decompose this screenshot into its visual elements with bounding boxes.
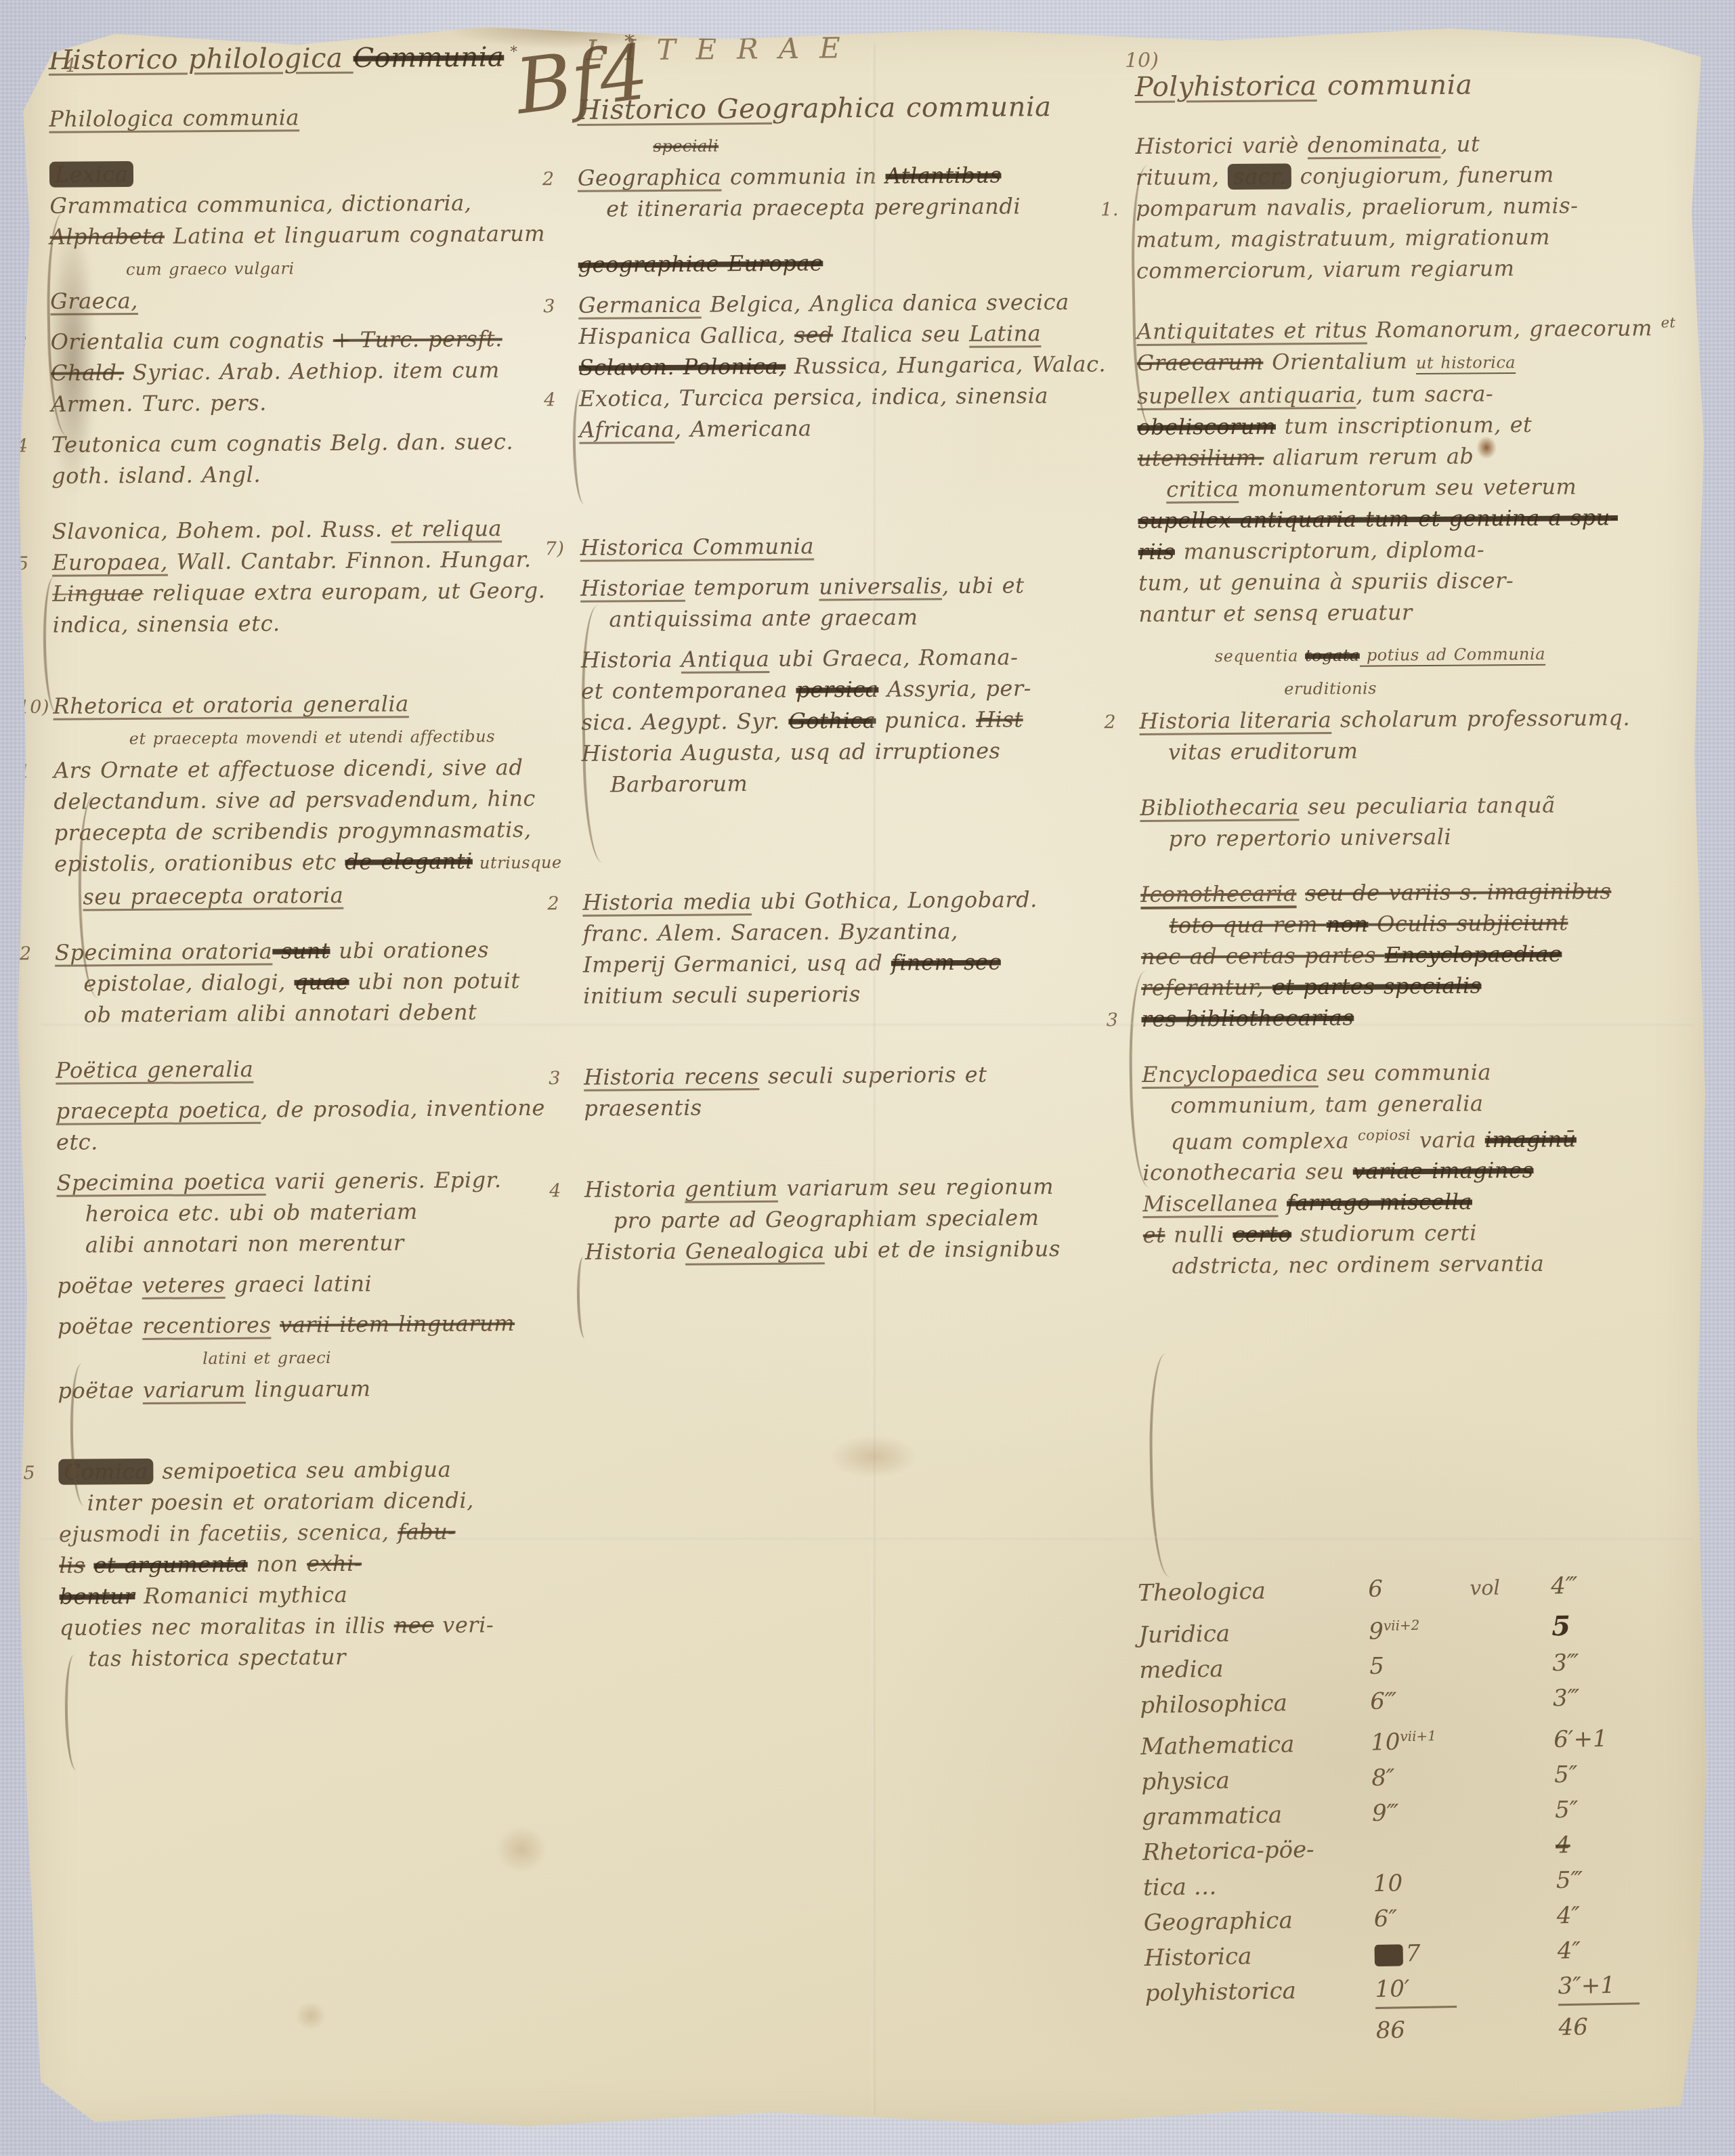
text-segment: Italica seu [833, 321, 969, 347]
manuscript-line: bentur Romanici mythica [59, 1577, 609, 1612]
text-segment: communia in [721, 163, 886, 190]
manuscript-line: cum graeco vulgari [50, 249, 600, 286]
manuscript-line: 2Historia literaria scholarum professoru… [1139, 702, 1708, 737]
margin-brace [1148, 1354, 1175, 1578]
count-column-2: 4‴ [1551, 1567, 1660, 1604]
text-segment: franc. Alem. Saracen. Byzantina, [582, 918, 958, 947]
manuscript-line: toto qua rem non Oculis subjiciunt [1140, 906, 1709, 941]
margin-number: 1 [18, 756, 30, 788]
text-segment: variarum seu regionum [778, 1173, 1054, 1201]
text-segment: tas historica spectatur [88, 1644, 346, 1672]
margin-number: 7) [545, 534, 565, 565]
text-segment: Poëtica generalia [56, 1056, 253, 1083]
text-segment: Romanorum, graecorum [1367, 315, 1661, 343]
text-segment: Rhetorica et oratoria generalia [53, 691, 409, 720]
text-segment: sacr. [1228, 163, 1291, 190]
text-segment: Germanica [578, 292, 702, 318]
manuscript-line: obeliscorum tum inscriptionum, et [1137, 408, 1706, 443]
manuscript-line: Barbarorum [582, 765, 1136, 800]
row-label: Juridica [1138, 1614, 1369, 1653]
manuscript-line: 4Teutonica cum cognatis Belg. dan. suec. [51, 426, 601, 461]
manuscript-line: et praecepta movendi et utendi affectibu… [53, 718, 603, 755]
text-segment: Romanici mythica [135, 1582, 347, 1609]
row-label: Theologica [1138, 1572, 1369, 1611]
text-segment: supellex antiquaria [1137, 381, 1356, 408]
manuscript-line: 4Historia gentium variarum seu regionum [584, 1170, 1138, 1205]
manuscript-line: Philologica communia [49, 100, 599, 135]
text-segment: seu de variis s. imaginibus [1305, 878, 1612, 906]
manuscript-line: Historia Genealogica ubi et de insignibu… [585, 1232, 1139, 1268]
text-segment: Genealogica [685, 1237, 825, 1264]
text-segment: Ars Ornate et affectuose dicendi, sive a… [53, 754, 523, 783]
text-segment: finem sec [891, 949, 1001, 976]
margin-number: 3 [549, 1063, 561, 1094]
text-segment: quae [294, 969, 349, 995]
text-segment: monumentorum seu veterum [1239, 473, 1577, 501]
unit-label [1477, 1993, 1558, 1995]
text-segment: Wall. Cantabr. Finnon. Hungar. [168, 546, 532, 575]
text-segment: Orientalium [1263, 348, 1416, 375]
manuscript-line: praecepta poetica, de prosodia, inventio… [56, 1092, 605, 1127]
manuscript-line: Bibliothecaria seu peculiaria tanquã [1140, 788, 1709, 823]
manuscript-line: Miscellanea farrago miscella [1142, 1184, 1711, 1220]
row-label: physica [1141, 1761, 1372, 1800]
manuscript-line: eruditionis [1139, 668, 1708, 706]
manuscript-line: utensilium. aliarum rerum ab [1138, 439, 1707, 474]
text-segment [85, 1553, 94, 1578]
text-segment: Encyclopaediae [1385, 941, 1562, 968]
manuscript-page: 4 LITERAE Bf4 * 10) Historico philologic… [14, 9, 1720, 2144]
count-column-1: 6 [1368, 1570, 1470, 1607]
text-segment: aliarum rerum ab [1264, 443, 1474, 470]
count-column-1: 7 [1374, 1935, 1476, 1972]
superscript-annotation: vii+1 [1400, 1728, 1436, 1745]
text-segment: variae imagines [1353, 1157, 1534, 1184]
count-column-2: 3‴ [1553, 1679, 1662, 1717]
text-segment: Grammatica communica, dictionaria, [49, 190, 471, 219]
manuscript-line: tas historica spectatur [60, 1639, 609, 1675]
text-segment: seu communia [1319, 1059, 1491, 1086]
text-segment [271, 1312, 280, 1338]
manuscript-line: ob materiam alibi annotari debent [55, 995, 605, 1031]
manuscript-line: Polyhistorica communia [1135, 64, 1704, 106]
text-segment: pro repertorio universali [1169, 823, 1452, 851]
text-segment: Geographica [578, 164, 722, 190]
manuscript-line: etc. [56, 1123, 606, 1158]
text-segment: obeliscorum [1137, 413, 1276, 439]
text-segment: Antiqua [681, 646, 770, 672]
margin-number: 3 [1106, 1005, 1118, 1036]
manuscript-line: pro repertorio universali [1140, 819, 1709, 855]
text-segment: Exotica, Turcica persica, indica, sinens… [579, 383, 1048, 412]
text-segment: , ut [1440, 131, 1480, 156]
manuscript-line: epistolis, orationibus etc de eleganti u… [54, 844, 604, 882]
manuscript-line: pro parte ad Geographiam specialem [584, 1201, 1138, 1236]
text-segment: certo [1233, 1222, 1291, 1248]
text-segment: Latina et linguarum cognatarum [165, 221, 545, 249]
manuscript-line: Specimina poetica varii generis. Epigr. [56, 1163, 606, 1199]
text-segment: initium seculi superioris [583, 981, 861, 1009]
margin-number: 2 [547, 888, 559, 920]
text-segment: matum, magistratuum, migrationum [1136, 224, 1550, 253]
superscript-annotation: vii+2 [1384, 1617, 1420, 1634]
manuscript-line: referantur, et partes specialis [1141, 968, 1710, 1004]
text-segment: Lexica [49, 161, 134, 188]
text-segment: indica, sinensia etc. [53, 611, 280, 638]
manuscript-line: epistolae, dialogi, quae ubi non potuit [55, 964, 605, 999]
manuscript-line: 2Geographica communia in Atlantibus [578, 158, 1132, 194]
text-segment: pro parte ad Geographiam specialem [613, 1205, 1039, 1233]
manuscript-line: Iconothecaria seu de variis s. imaginibu… [1140, 875, 1709, 910]
count-column-1: 5 [1369, 1647, 1472, 1685]
text-segment: Syriac. Arab. Aethiop. item cum [124, 358, 500, 386]
text-segment: eruditionis [1284, 678, 1377, 698]
manuscript-line: seu praecepta oratoria [54, 878, 604, 913]
text-segment: Belgica, Anglica danica svecica [702, 289, 1069, 318]
text-segment: farrago miscella [1287, 1189, 1472, 1216]
text-segment: Latina [969, 320, 1041, 347]
text-segment: critica [1166, 476, 1239, 502]
manuscript-line: Graecarum Orientalium ut historica [1137, 343, 1706, 381]
manuscript-line: latini et graeci [58, 1338, 607, 1375]
text-segment: ubi non potuit [349, 968, 519, 995]
text-segment: ubi orationes [330, 937, 489, 964]
manuscript-line: et nulli certo studiorum certi [1143, 1215, 1712, 1251]
text-segment: seu praecepta oratoria [83, 882, 343, 910]
manuscript-line: nantur et sensq eruatur [1138, 595, 1707, 630]
manuscript-line: quoties nec moralitas in illis nec veri- [60, 1608, 609, 1643]
paper-stain [447, 11, 677, 49]
margin-number: 5 [23, 1458, 35, 1489]
row-label: grammatica [1142, 1796, 1373, 1835]
unit-label [1473, 1782, 1554, 1784]
text-segment: Historia literaria [1139, 707, 1331, 734]
text-segment: et praecepta movendi et utendi affectibu… [129, 727, 495, 749]
text-segment: recentiores [142, 1312, 271, 1339]
manuscript-line: Alphabeta Latina et linguarum cognatarum [49, 218, 599, 253]
manuscript-line: 3Orientalia cum cognatis + Turc. persft. [51, 323, 601, 358]
text-segment: nantur et sensq eruatur [1138, 599, 1413, 627]
manuscript-line: 7)Historica Communia [580, 528, 1134, 563]
text-segment: Barbarorum [610, 771, 748, 797]
text-segment: quoties nec moralitas in illis [60, 1613, 394, 1641]
row-label: Rhetorica-pöe- [1142, 1831, 1373, 1870]
text-segment: Historia [585, 1238, 685, 1265]
text-segment: utensilium. [1138, 444, 1264, 471]
text-segment: communium, tam generalia [1170, 1090, 1483, 1118]
text-segment: graphica communia [772, 91, 1052, 125]
count-column-2: 6′+1 [1554, 1720, 1663, 1757]
count-column-2: 5 [1551, 1608, 1661, 1645]
count-column-2: 5‴ [1556, 1861, 1665, 1898]
text-segment: studiorum certi [1291, 1220, 1477, 1247]
ink-smear [49, 219, 96, 497]
text-segment: Europaea, [52, 549, 168, 576]
text-segment: supellex antiquaria tum et genuina a spu… [1138, 504, 1618, 534]
manuscript-line: delectandum. sive ad persvadendum, hinc [53, 782, 603, 817]
count-column-1: 9vii+2 [1369, 1606, 1471, 1649]
manuscript-line: Imperij Germanici, usq ad finem sec [583, 945, 1137, 980]
text-segment: Historico philologica [49, 43, 354, 76]
text-segment: Hist [976, 706, 1023, 732]
margin-brace [576, 1257, 601, 1339]
count-column-1: 9‴ [1372, 1794, 1474, 1831]
text-segment: quam complexa [1171, 1127, 1358, 1155]
text-segment: commerciorum, viarum regiarum [1136, 255, 1515, 284]
text-segment: varii generis. Epigr. [265, 1167, 501, 1194]
manuscript-line: Antiquitates et ritus Romanorum, graecor… [1136, 307, 1705, 347]
margin-number: 3 [16, 328, 28, 359]
margin-number: 10) [18, 692, 49, 723]
count-column-1 [1373, 1854, 1474, 1856]
unit-label [1472, 1747, 1554, 1748]
manuscript-line: 1.pomparum navalis, praeliorum, numis- [1136, 189, 1705, 224]
manuscript-line: 2Historia media ubi Gothica, Longobard. [582, 883, 1136, 918]
text-segment: linguarum [246, 1376, 371, 1402]
text-segment: veteres [142, 1272, 226, 1298]
text-segment: epistolae, dialogi, [83, 970, 294, 997]
text-segment: Slavonica, Bohem. pol. Russ. [52, 517, 391, 544]
text-segment: conjugiorum, funerum [1291, 162, 1554, 190]
margin-number: 1. [1100, 194, 1119, 225]
text-segment: tum inscriptionum, et [1276, 412, 1533, 439]
text-segment: cum graeco vulgari [126, 259, 295, 280]
text-segment: copiosi [1358, 1127, 1411, 1144]
count-column-1: 6‴ [1370, 1683, 1472, 1720]
text-segment: inter poesin et oratoriam dicendi, [87, 1488, 474, 1516]
text-segment: Miscellanea [1142, 1190, 1278, 1217]
text-segment: et itineraria praecepta peregrinandi [606, 193, 1021, 221]
count-column-2: 4 [1556, 1826, 1665, 1863]
text-segment: seu peculiaria tanquã [1299, 792, 1556, 819]
text-segment: poëtae [58, 1313, 142, 1339]
manuscript-line: Historici variè denominata, ut [1135, 127, 1704, 162]
text-segment: nec ad certas partes [1141, 942, 1385, 970]
count-column-1: 10vii+1 [1371, 1718, 1473, 1761]
total-count-1: 86 [1375, 2005, 1478, 2048]
text-segment: veri- [433, 1612, 494, 1639]
fold-crease [41, 1022, 1693, 1025]
manuscript-line: Slavonica, Bohem. pol. Russ. et reliqua [52, 513, 602, 548]
count-column-2: 5″ [1555, 1790, 1664, 1828]
text-segment: , de prosodia, inventione [261, 1095, 545, 1123]
text-segment: manuscriptorum, diploma- [1175, 536, 1485, 564]
count-column-2: 4″ [1557, 1931, 1666, 1968]
text-segment: heroica etc. ubi ob materiam [85, 1199, 418, 1226]
manuscript-line: Africana, Americana [579, 410, 1133, 446]
text-segment: Communia [353, 41, 504, 74]
margin-number: 2 [20, 939, 32, 970]
text-segment: persica [796, 676, 878, 703]
manuscript-line: poëtae variarum linguarum [58, 1371, 607, 1406]
text-segment: Polyhistorica [1135, 70, 1317, 103]
text-segment: ejusmodi in facetiis, scenica, [59, 1519, 398, 1547]
manuscript-line: 5Europaea, Wall. Cantabr. Finnon. Hungar… [52, 544, 602, 579]
text-segment: res bibliothecarias [1141, 1004, 1354, 1031]
manuscript-line: Chald. Syriac. Arab. Aethiop. item cum [51, 354, 601, 389]
unit-label [1476, 1923, 1557, 1924]
text-segment: ubi et de insignibus [825, 1236, 1061, 1263]
text-segment: et partes specialis [1272, 972, 1482, 999]
manuscript-line: 2Specimina oratoria sunt ubi orationes [55, 933, 605, 968]
manuscript-line: riis manuscriptorum, diploma- [1138, 532, 1707, 567]
manuscript-line: Encyclopaedica seu communia [1142, 1055, 1711, 1090]
text-segment [1296, 880, 1305, 906]
text-segment: sequentia [1215, 646, 1305, 666]
manuscript-line: sica. Aegypt. Syr. Gothica punica. Hist [581, 703, 1135, 738]
text-segment: et contemporanea [581, 677, 796, 704]
paper-stain [830, 1435, 918, 1478]
text-segment: lis [59, 1553, 85, 1578]
margin-brace [64, 1655, 89, 1771]
manuscript-line: indica, sinensia etc. [52, 606, 602, 641]
row-label: tica … [1143, 1866, 1374, 1905]
manuscript-line: praesentis [584, 1089, 1138, 1124]
text-segment: speciali [653, 136, 719, 156]
text-segment: varia [1411, 1127, 1485, 1153]
text-segment: Assyria, per- [878, 675, 1031, 702]
unit-label [1476, 1958, 1558, 1960]
manuscript-line: speciali [577, 125, 1131, 163]
manuscript-line: supellex antiquaria, tum sacra- [1137, 376, 1706, 412]
text-segment: riis [1138, 538, 1175, 564]
text-segment: Historico Geo [577, 93, 772, 126]
margin-number: 4 [544, 385, 556, 416]
text-segment: Encyclopaedica [1142, 1060, 1319, 1087]
manuscript-line: 3res bibliothecarias [1141, 999, 1710, 1035]
text-segment: Bibliothecaria [1140, 794, 1299, 821]
ink-blot [1374, 1944, 1403, 1966]
manuscript-line: iconothecaria seu variae imagines [1142, 1153, 1711, 1188]
text-segment: latini et graeci [202, 1348, 331, 1368]
column-polyhistorica: Polyhistorica communiaHistorici variè de… [1135, 64, 1712, 1282]
text-segment: etc. [56, 1129, 98, 1155]
unit-label [1474, 1817, 1555, 1819]
manuscript-line: Sclavon. Polonica, Russica, Hungarica, W… [579, 348, 1133, 383]
text-segment: sunt [272, 938, 330, 964]
text-segment: exhi- [307, 1551, 362, 1577]
text-segment: non [248, 1551, 307, 1578]
manuscript-line: Hispanica Gallica, sed Italica seu Latin… [578, 317, 1132, 352]
text-segment: fabu- [398, 1519, 456, 1545]
text-segment: Historia recens [584, 1063, 759, 1090]
text-segment: imaginū [1485, 1126, 1577, 1152]
unit-label: vol [1470, 1570, 1551, 1606]
manuscript-line: geographiae Europae [578, 245, 1132, 280]
text-segment: togata [1305, 645, 1360, 665]
text-segment [1278, 1190, 1287, 1216]
text-segment: + Turc. persft. [333, 326, 502, 353]
text-segment: scholarum professorumq. [1331, 705, 1630, 733]
row-label: Mathematica [1140, 1725, 1371, 1765]
row-label: Geographica [1143, 1901, 1374, 1941]
manuscript-line: Historico Geographica communia [577, 87, 1131, 129]
text-segment: variarum [143, 1377, 246, 1403]
text-segment: , tum sacra- [1356, 381, 1493, 407]
text-segment: Philologica communia [49, 105, 299, 133]
photo-background-cloth: 4 LITERAE Bf4 * 10) Historico philologic… [0, 0, 1735, 2156]
manuscript-line: Historia Augusta, usq ad irruptiones [582, 734, 1136, 769]
count-column-2: 3‴ [1552, 1644, 1661, 1681]
margin-number: 5 [17, 548, 29, 580]
text-segment: praecepta poetica [56, 1097, 261, 1124]
text-segment: tum, ut genuina à spuriis discer- [1138, 567, 1514, 596]
text-segment: toto qua rem [1169, 911, 1326, 939]
text-segment: universalis [819, 573, 942, 599]
text-segment: reliquae extra europam, ut Georg. [144, 578, 546, 606]
text-segment: Iconothecaria [1140, 880, 1296, 907]
text-segment: nulli [1165, 1222, 1233, 1248]
margin-number: 4 [549, 1176, 561, 1207]
text-segment: referantur, [1141, 974, 1272, 1000]
manuscript-line: Linguae reliquae extra europam, ut Georg… [52, 575, 602, 610]
manuscript-line: quam complexa copiosi varia imaginū [1142, 1117, 1711, 1158]
text-segment: praecepta de scribendis progymnasmatis, [54, 817, 532, 846]
text-segment: Russica, Hungarica, Walac. [786, 351, 1106, 379]
manuscript-line: 10)Rhetorica et oratoria generalia [53, 687, 603, 722]
text-segment: Imperij Germanici, usq ad [583, 950, 891, 978]
text-segment: non [1326, 911, 1368, 936]
text-segment: varii item linguarum [280, 1310, 515, 1337]
row-label: Historica [1144, 1937, 1375, 1976]
text-segment: ut historica [1416, 353, 1516, 372]
row-label: medica [1139, 1649, 1370, 1688]
manuscript-line: initium seculi superioris [583, 976, 1137, 1012]
manuscript-line: nec ad certas partes Encyclopaediae [1141, 937, 1710, 972]
text-segment: et argumenta [93, 1551, 248, 1578]
text-segment: iconothecaria seu [1142, 1159, 1353, 1186]
row-label [1146, 2038, 1376, 2042]
text-segment: utriusque [473, 853, 562, 873]
manuscript-line: Poëtica generalia [56, 1051, 605, 1086]
count-column-1: 8″ [1371, 1759, 1474, 1796]
text-segment: Oculis subjiciunt [1368, 909, 1568, 936]
count-column-2: 3″+1 [1558, 1966, 1667, 2004]
manuscript-line: Historia Antiqua ubi Graeca, Romana- [581, 641, 1135, 676]
unit-label [1471, 1671, 1552, 1673]
text-segment: vitas eruditorum [1168, 737, 1358, 764]
manuscript-line: supellex antiquaria tum et genuina a spu… [1138, 501, 1707, 536]
manuscript-line: Lexica [49, 156, 599, 191]
count-column-1: 6″ [1373, 1899, 1476, 1937]
text-segment: Teutonica cum cognatis Belg. dan. suec. [51, 429, 513, 458]
manuscript-line: alibi annotari non merentur [57, 1226, 607, 1261]
total-count-2: 46 [1558, 2002, 1667, 2045]
paper-stain [295, 2002, 326, 2030]
margin-number: 2 [542, 164, 555, 195]
manuscript-line: matum, magistratuum, migrationum [1136, 220, 1705, 255]
manuscript-line: commerciorum, viarum regiarum [1136, 251, 1705, 286]
text-segment: temporum [685, 574, 819, 600]
unit-label [1475, 1888, 1556, 1889]
manuscript-line: poëtae veteres graeci latini [57, 1266, 607, 1301]
text-segment: gentium [685, 1176, 778, 1202]
count-column-1: 10′ [1375, 1970, 1477, 2007]
paper-stain [496, 1826, 547, 1873]
text-segment: communia [1316, 69, 1472, 102]
text-segment: , ubi et [942, 572, 1025, 599]
manuscript-line: goth. island. Angl. [51, 457, 601, 492]
text-segment: semipoetica seu ambigua [154, 1457, 452, 1484]
text-segment: Gothica [788, 708, 876, 734]
manuscript-line: Graeca, [50, 282, 600, 318]
margin-brace [1130, 165, 1158, 430]
text-segment: Historia Augusta, usq ad irruptiones [582, 738, 1001, 767]
manuscript-line: critica monumentorum seu veterum [1138, 470, 1707, 505]
manuscript-line: et itineraria praecepta peregrinandi [578, 190, 1132, 225]
text-segment: nec [393, 1612, 433, 1638]
unit-label [1474, 1853, 1556, 1854]
